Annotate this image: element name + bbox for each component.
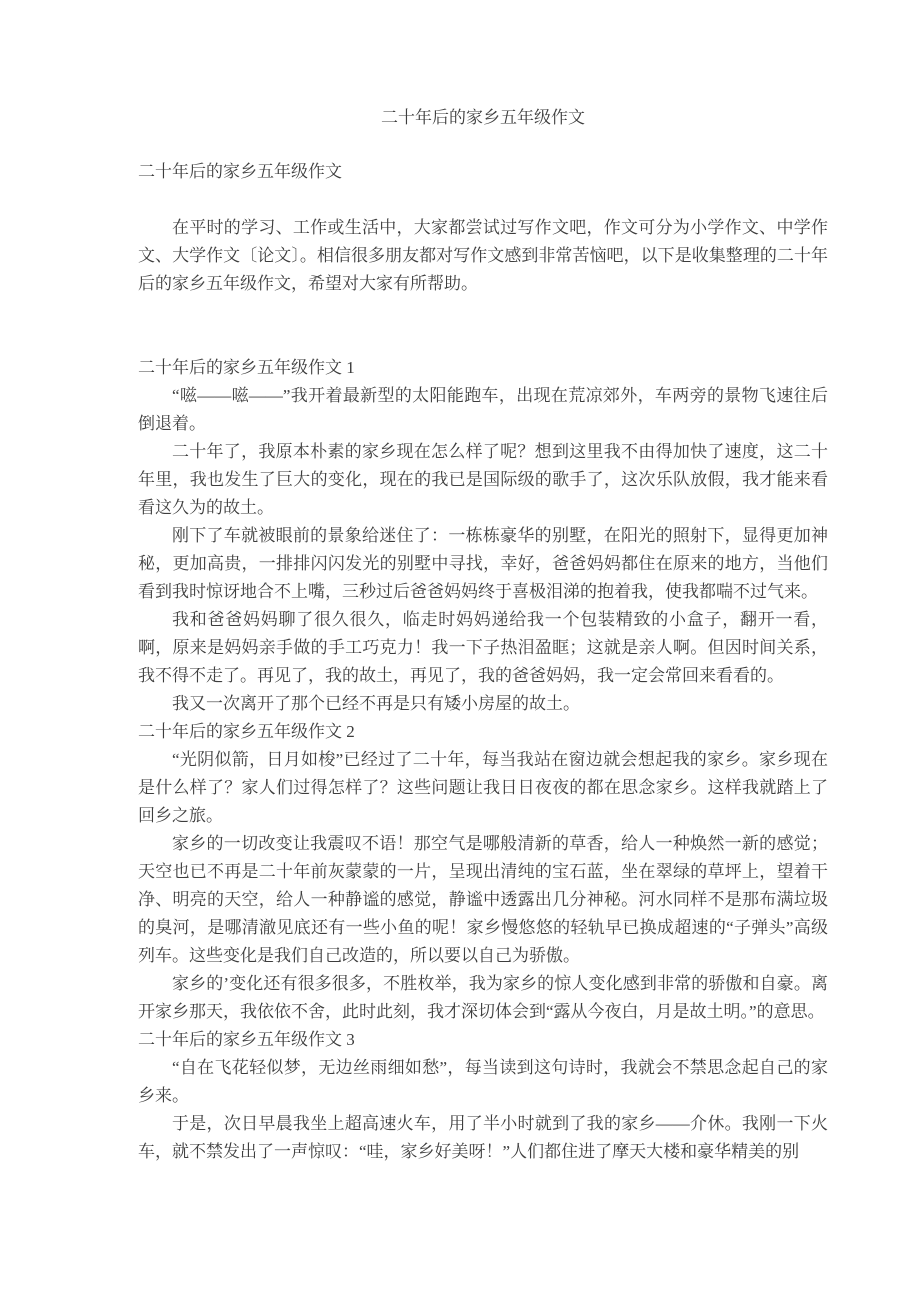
essay-1-paragraph: 我又一次离开了那个已经不再是只有矮小房屋的故土。	[138, 690, 828, 718]
essay-1-paragraph: 刚下了车就被眼前的景象给迷住了：一栋栋豪华的别墅，在阳光的照射下，显得更加神秘，…	[138, 522, 828, 606]
document-page: 二十年后的家乡五年级作文 二十年后的家乡五年级作文 在平时的学习、工作或生活中，…	[0, 0, 920, 1302]
essay-2-paragraph: 家乡的一切改变让我震叹不语！那空气是哪般清新的草香，给人一种焕然一新的感觉；天空…	[138, 830, 828, 970]
essay-1-paragraph: 我和爸爸妈妈聊了很久很久，临走时妈妈递给我一个包装精致的小盒子，翻开一看，啊，原…	[138, 606, 828, 690]
document-title: 二十年后的家乡五年级作文	[138, 104, 828, 132]
essay-1-paragraph: “嗞——嗞——”我开着最新型的太阳能跑车，出现在荒凉郊外，车两旁的景物飞速往后倒…	[138, 382, 828, 438]
document-content: 二十年后的家乡五年级作文 二十年后的家乡五年级作文 在平时的学习、工作或生活中，…	[138, 0, 828, 1166]
essay-1: 二十年后的家乡五年级作文 1 “嗞——嗞——”我开着最新型的太阳能跑车，出现在荒…	[138, 354, 828, 718]
essay-3-paragraph: 于是，次日早晨我坐上超高速火车，用了半小时就到了我的家乡——介休。我刚一下火车，…	[138, 1110, 828, 1166]
essay-3: 二十年后的家乡五年级作文 3 “自在飞花轻似梦，无边丝雨细如愁”，每当读到这句诗…	[138, 1026, 828, 1166]
essay-2: 二十年后的家乡五年级作文 2 “光阴似箭，日月如梭”已经过了二十年，每当我站在窗…	[138, 718, 828, 1026]
essay-2-paragraph: 家乡的’变化还有很多很多，不胜枚举，我为家乡的惊人变化感到非常的骄傲和自豪。离开…	[138, 970, 828, 1026]
essays-section: 二十年后的家乡五年级作文 1 “嗞——嗞——”我开着最新型的太阳能跑车，出现在荒…	[138, 354, 828, 1166]
intro-paragraph: 在平时的学习、工作或生活中，大家都尝试过写作文吧，作文可分为小学作文、中学作文、…	[138, 214, 828, 298]
essay-3-paragraph: “自在飞花轻似梦，无边丝雨细如愁”，每当读到这句诗时，我就会不禁思念起自己的家乡…	[138, 1054, 828, 1110]
essay-2-heading: 二十年后的家乡五年级作文 2	[138, 718, 828, 746]
essay-3-heading: 二十年后的家乡五年级作文 3	[138, 1026, 828, 1054]
essay-2-paragraph: “光阴似箭，日月如梭”已经过了二十年，每当我站在窗边就会想起我的家乡。家乡现在是…	[138, 746, 828, 830]
document-subtitle: 二十年后的家乡五年级作文	[138, 158, 828, 186]
essay-1-heading: 二十年后的家乡五年级作文 1	[138, 354, 828, 382]
essay-1-paragraph: 二十年了，我原本朴素的家乡现在怎么样了呢？想到这里我不由得加快了速度，这二十年里…	[138, 438, 828, 522]
